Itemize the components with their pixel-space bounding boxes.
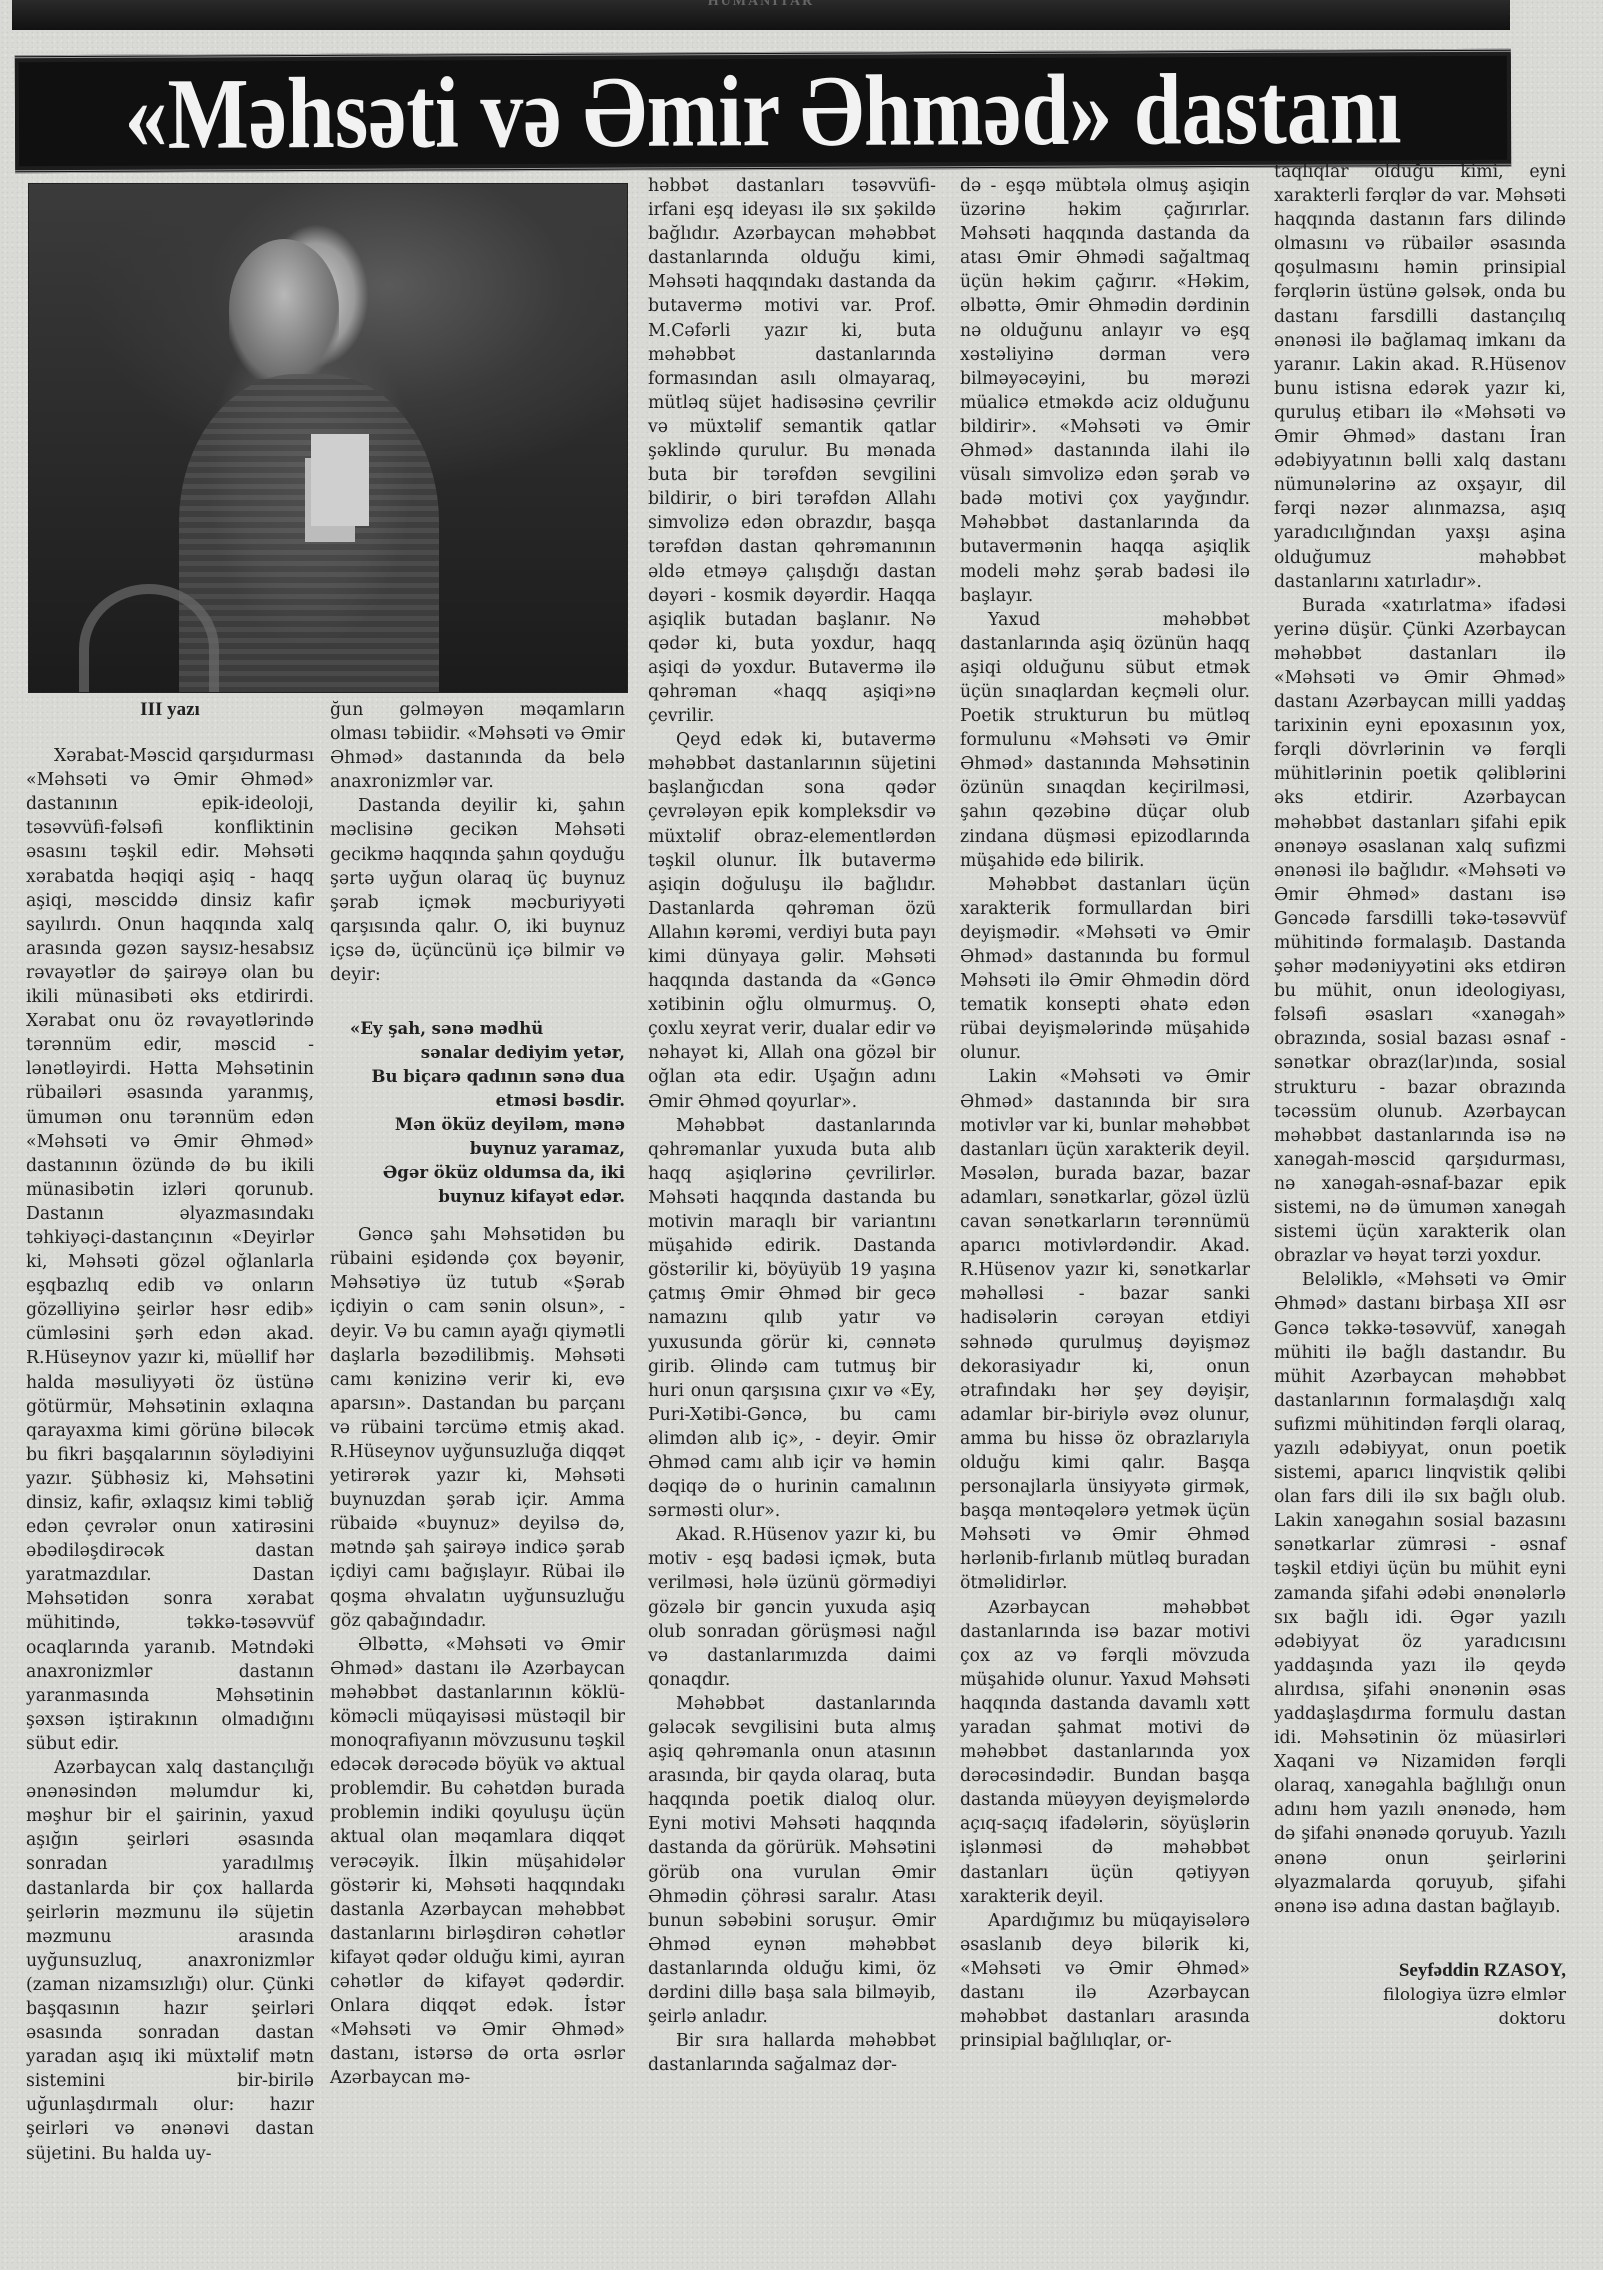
headline-banner: «Məhsəti və Əmir Əhməd» dastanı [15,49,1512,174]
article-headline: «Məhsəti və Əmir Əhməd» dastanı [124,57,1401,164]
paragraph: Bir sıra hallarda məhəbbət dastanlarında… [648,2029,936,2077]
poem-line: etməsi bəsdir. [330,1089,625,1113]
author-name: Seyfəddin RZASOY, [1274,1959,1566,1983]
paragraph: taqlıqlar olduğu kimi, eyni xarakterli f… [1274,160,1566,594]
poem-line: «Ey şah, sənə mədhü [330,1017,625,1041]
article-column-5: taqlıqlar olduğu kimi, eyni xarakterli f… [1274,160,1566,2031]
section-label: HUMANITAR [12,0,1510,10]
paragraph: Azərbaycan məhəbbət dastanlarında isə ba… [960,1596,1250,1909]
portrait-veil-shape [229,239,339,379]
paragraph: Akad. R.Hüsenov yazır ki, bu motiv - eşq… [648,1523,936,1692]
poem-line: Bu biçarə qadının sənə dua [330,1065,625,1089]
paragraph: həbbət dastanları təsəvvüfi-irfani eşq i… [648,174,936,728]
paragraph: Apardığımız bu müqayisələrə əsaslanıb de… [960,1909,1250,2054]
article-column-2: ğun gəlməyən məqamların olması təbiidir.… [330,698,625,2091]
poem-line: Mən öküz deyiləm, mənə [330,1113,625,1137]
paragraph: Əlbəttə, «Məhsəti və Əmir Əhməd» dastanı… [330,1633,625,2091]
paragraph: Beləliklə, «Məhsəti və Əmir Əhməd» dasta… [1274,1268,1566,1919]
paragraph: Məhəbbət dastanlarında gələcək sevgilisi… [648,1692,936,2029]
paragraph: Məhəbbət dastanları üçün xarakterik form… [960,873,1250,1066]
paragraph: Yaxud məhəbbət dastanlarında aşiq özünün… [960,608,1250,873]
article-column-1: III yazı Xərabat-Məscid qarşıdurması «Mə… [26,698,314,2166]
paragraph: Gəncə şahı Məhsətidən bu rübaini eşidənd… [330,1223,625,1633]
poem-line: sənalar dediyim yetər, [330,1041,625,1065]
paragraph: Lakin «Məhsəti və Əmir Əhməd» dastanında… [960,1065,1250,1595]
paragraph: də - eşqə mübtəla olmuş aşiqin üzərinə h… [960,174,1250,608]
article-subtitle: III yazı [26,698,314,722]
section-header-strip: HUMANITAR [12,0,1510,30]
paragraph: Xərabat-Məscid qarşıdurması «Məhsəti və … [26,744,314,1756]
paragraph: ğun gəlməyən məqamların olması təbiidir.… [330,698,625,794]
article-column-3: həbbət dastanları təsəvvüfi-irfani eşq i… [648,174,936,2077]
paragraph: Məhəbbət dastanlarında qəhrəmanlar yuxud… [648,1114,936,1524]
paragraph: Qeyd edək ki, butavermə məhəbbət dastanl… [648,728,936,1114]
author-signature: Seyfəddin RZASOY, filologiya üzrə elmlər… [1274,1959,1566,2031]
paragraph: Dastanda deyilir ki, şahın məclisinə gec… [330,794,625,987]
paragraph: Burada «xatırlatma» ifadəsi yerinə düşür… [1274,594,1566,1269]
rubai-poem: «Ey şah, sənə mədhü sənalar dediyim yetə… [330,1017,625,1209]
paragraph: Azərbaycan xalq dastançılığı ənənəsindən… [26,1756,314,2166]
portrait-letter-shape [311,434,369,526]
portrait-photo [28,183,628,693]
poem-line: Əgər öküz oldumsa da, iki [330,1161,625,1185]
article-column-4: də - eşqə mübtəla olmuş aşiqin üzərinə h… [960,174,1250,2053]
author-title: filologiya üzrə elmlər [1274,1983,1566,2007]
poem-line: buynuz kifayət edər. [330,1185,625,1209]
author-title: doktoru [1274,2007,1566,2031]
poem-line: buynuz yaramaz, [330,1137,625,1161]
